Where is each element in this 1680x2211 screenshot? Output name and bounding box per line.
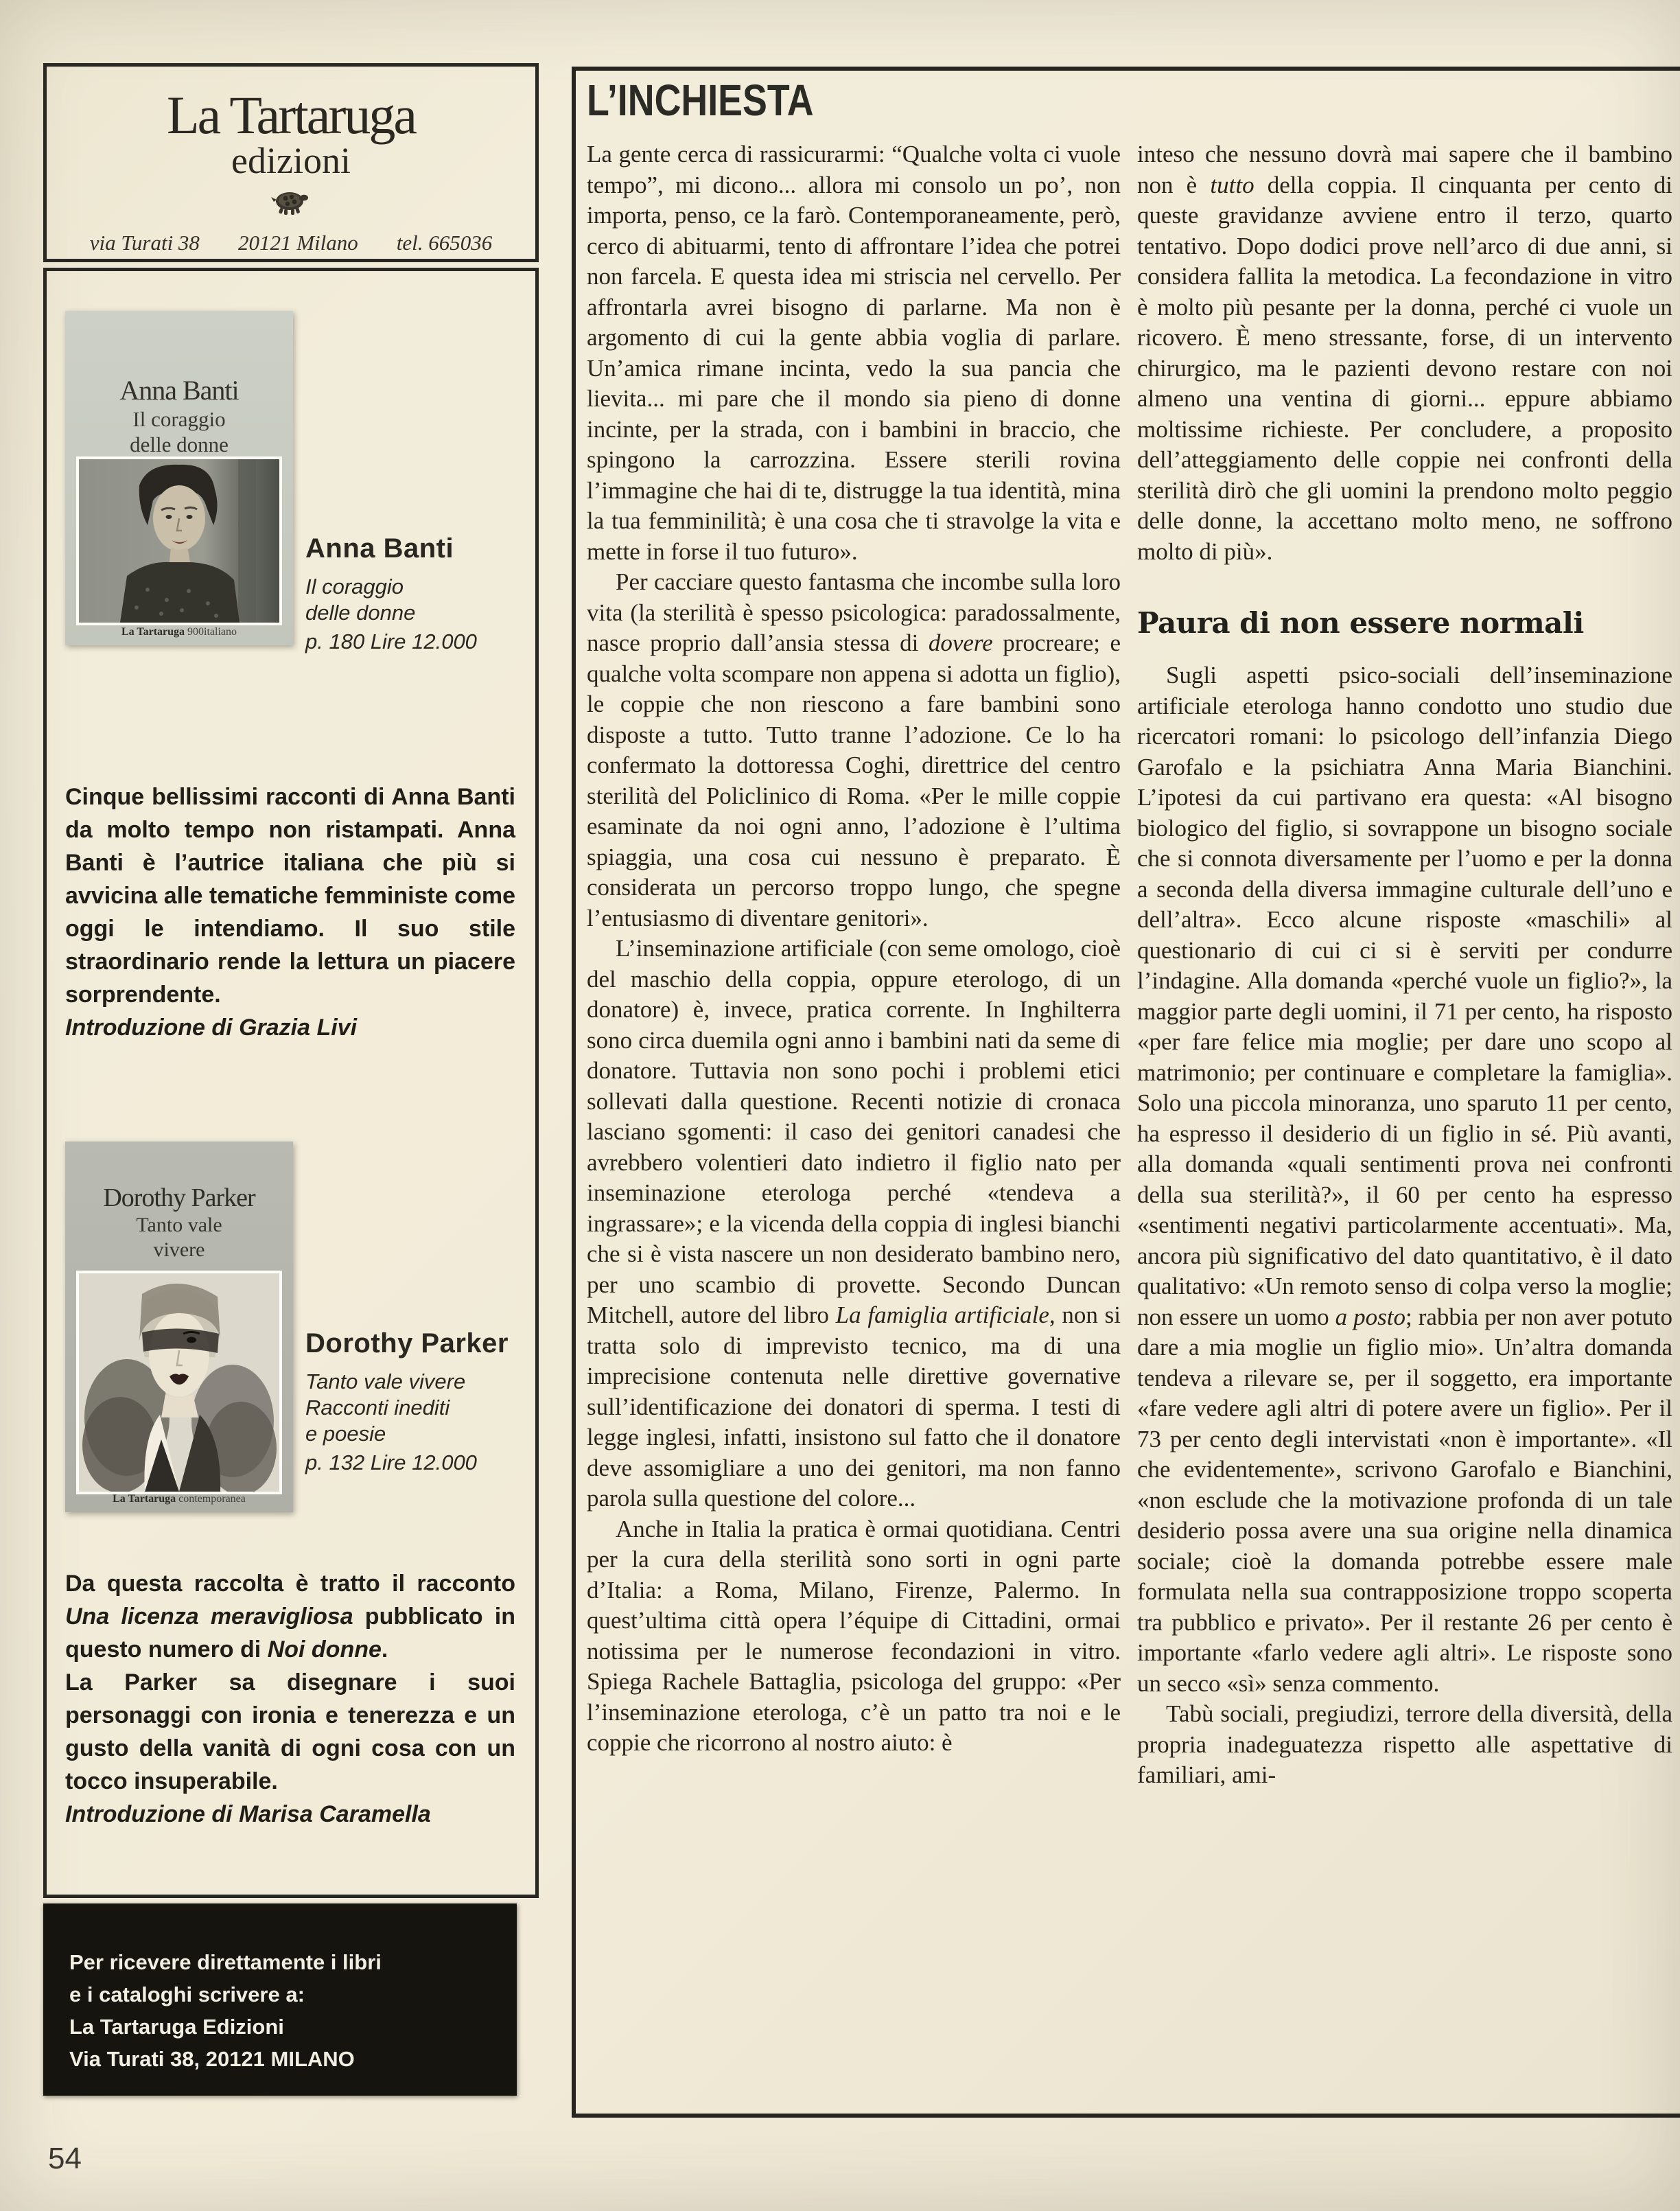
book-title-line: Tanto vale vivere — [305, 1369, 539, 1395]
cover-author: Dorothy Parker — [65, 1142, 293, 1213]
book-author: Dorothy Parker — [305, 1328, 539, 1359]
blurb-text: Da questa raccolta è tratto il racconto … — [65, 1567, 515, 1666]
anna-banti-portrait-frame — [76, 456, 282, 625]
cover-author: Anna Banti — [65, 311, 293, 406]
publisher-street: via Turati 38 — [90, 231, 200, 255]
book-details: p. 132 Lire 12.000 — [305, 1450, 539, 1476]
woman-portrait-illustration — [79, 459, 279, 623]
imprint-series: 900italiano — [187, 626, 237, 638]
article-paragraph: Anche in Italia la pratica è ormai quoti… — [587, 1514, 1121, 1759]
mail-order-box: Per ricevere direttamente i libri e i ca… — [43, 1903, 517, 2096]
article-paragraph: Sugli aspetti psico-sociali dell’insemin… — [1137, 660, 1672, 1699]
article-subhead: Paura di non essere normali — [1137, 607, 1672, 640]
order-line: Per ricevere direttamente i libri — [69, 1946, 496, 1978]
order-line: e i cataloghi scrivere a: — [69, 1978, 496, 2011]
book-cover-anna-banti: Anna Banti Il coraggio delle donne racco… — [65, 311, 293, 645]
book-cover-dorothy-parker: Dorothy Parker Tanto vale vivere — [65, 1142, 293, 1512]
article-paragraph: L’inseminazione artificiale (con seme om… — [587, 934, 1121, 1514]
publisher-subname: edizioni — [47, 139, 535, 182]
blurb-dorothy-parker: Da questa raccolta è tratto il racconto … — [65, 1567, 515, 1831]
blurb-credit: Introduzione di Grazia Livi — [65, 1011, 515, 1044]
publisher-address: via Turati 38 20121 Milano tel. 665036 — [47, 231, 535, 255]
veiled-woman-illustration — [79, 1273, 279, 1492]
article-kicker: L’INCHIESTA — [587, 75, 814, 126]
article-paragraph: Tabù sociali, pregiudizi, terrore della … — [1137, 1699, 1672, 1791]
magazine-page: La Tartaruga edizioni via Turati 38 20 — [0, 0, 1680, 2211]
cover-imprint: La Tartaruga contemporanea — [65, 1493, 293, 1505]
publisher-name: La Tartaruga — [47, 84, 535, 146]
blurb-credit: Introduzione di Marisa Caramella — [65, 1798, 515, 1831]
article-box: L’INCHIESTA La gente cerca di rassicurar… — [572, 67, 1680, 2118]
blurb-text: Cinque bellissimi racconti di Anna Banti… — [65, 780, 515, 1011]
article-column-2: inteso che nessuno dovrà mai sapere che … — [1137, 139, 1672, 1791]
cover-title-line: delle donne — [65, 432, 293, 457]
book-info-dorothy-parker: Dorothy Parker Tanto vale vivere Raccont… — [305, 1328, 539, 1476]
cover-title-line: Tanto vale — [65, 1213, 293, 1238]
blurb-anna-banti: Cinque bellissimi racconti di Anna Banti… — [65, 780, 515, 1044]
book-title-line: Racconti inediti — [305, 1395, 539, 1421]
publisher-phone: tel. 665036 — [397, 231, 493, 255]
book-author: Anna Banti — [305, 533, 532, 564]
book-info-anna-banti: Anna Banti Il coraggio delle donne p. 18… — [305, 533, 532, 655]
book-title-line: Il coraggio — [305, 574, 532, 600]
cover-title-line: Il coraggio — [65, 406, 293, 432]
article-paragraph: Per cacciare questo fantasma che incombe… — [587, 567, 1121, 934]
article-column-1: La gente cerca di rassicurarmi: “Qualche… — [587, 139, 1121, 1759]
imprint-series: contemporanea — [178, 1493, 246, 1505]
cover-imprint: La Tartaruga 900italiano — [65, 626, 293, 638]
page-number: 54 — [48, 2142, 82, 2176]
publisher-city: 20121 Milano — [238, 231, 358, 255]
publisher-logo-box: La Tartaruga edizioni via Turati 38 20 — [43, 63, 539, 262]
cover-title-line: vivere — [65, 1238, 293, 1262]
book-details: p. 180 Lire 12.000 — [305, 629, 532, 655]
book-title-line: e poesie — [305, 1421, 539, 1447]
imprint-name: La Tartaruga — [121, 626, 185, 638]
books-ad-box: Anna Banti Il coraggio delle donne racco… — [43, 268, 539, 1898]
order-line: La Tartaruga Edizioni — [69, 2011, 496, 2043]
book-title-line: delle donne — [305, 600, 532, 626]
article-paragraph: La gente cerca di rassicurarmi: “Qualche… — [587, 139, 1121, 567]
order-line: Via Turati 38, 20121 MILANO — [69, 2043, 496, 2075]
imprint-name: La Tartaruga — [113, 1493, 176, 1505]
mail-order-text: Per ricevere direttamente i libri e i ca… — [43, 1903, 517, 2075]
dorothy-parker-portrait-frame — [76, 1271, 282, 1494]
article-paragraph: inteso che nessuno dovrà mai sapere che … — [1137, 139, 1672, 567]
turtle-icon — [47, 186, 535, 221]
blurb-text: La Parker sa disegnare i suoi personaggi… — [65, 1666, 515, 1798]
